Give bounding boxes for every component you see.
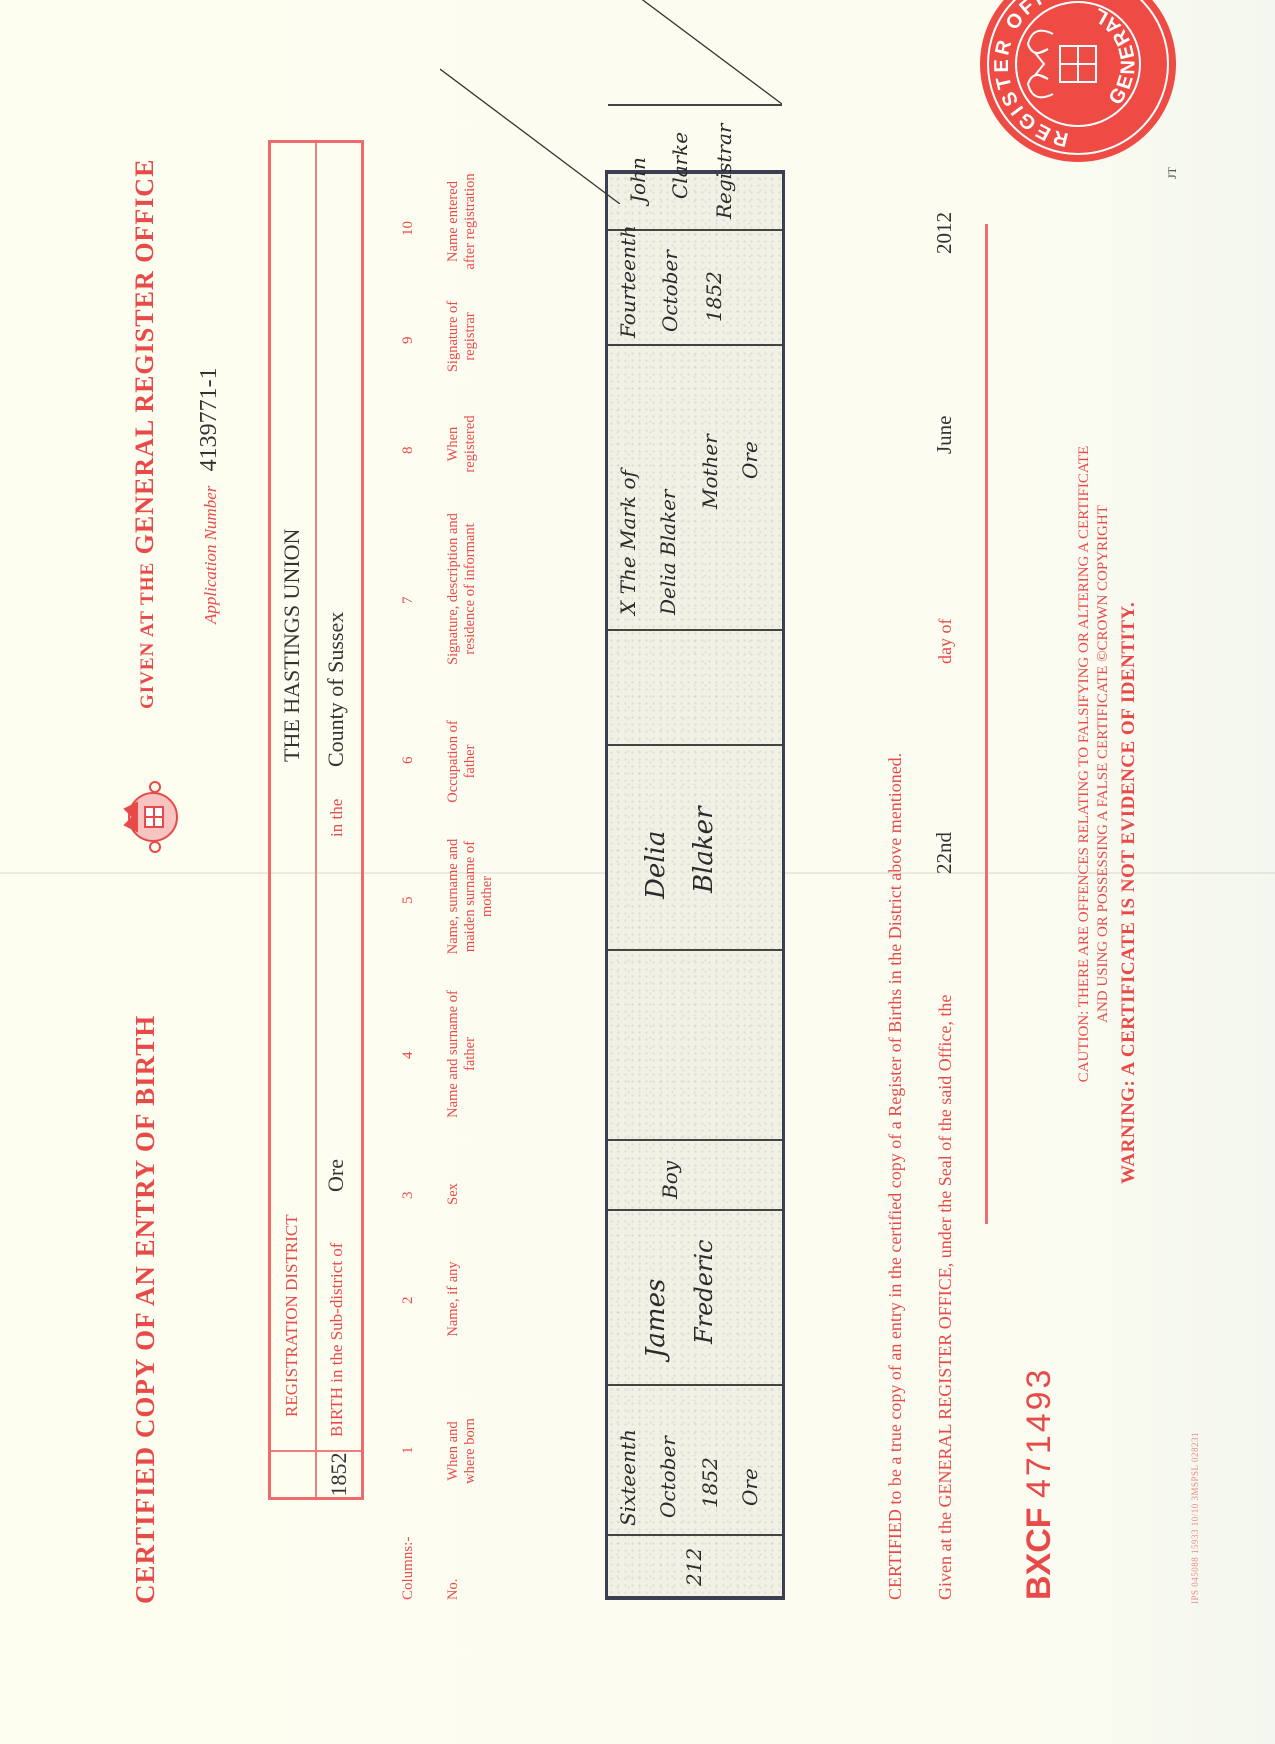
day-of-label: day of [935, 619, 956, 664]
cell-mother: Delia Blaker [608, 744, 782, 949]
cell-informant: X The Mark of Delia Blaker Mother Ore [608, 344, 782, 629]
informant-residence: Ore [734, 441, 766, 479]
cell-sex: Boy [608, 1139, 782, 1209]
cell-when-registered: Fourteenth October 1852 [608, 229, 782, 344]
certified-statement: CERTIFIED to be a true copy of an entry … [885, 753, 906, 1600]
column-header-when-registered: When registered [445, 399, 479, 489]
birth-subdistrict-label: BIRTH in the Sub-district of [327, 1243, 347, 1437]
certificate-month: June [932, 416, 957, 455]
initials: JT [1165, 167, 1180, 179]
mother-first-name: Delia [640, 831, 672, 899]
given-at-the-label: GIVEN AT THE [137, 562, 158, 709]
column-number-8: 8 [400, 447, 417, 455]
certificate-day: 22nd [932, 832, 957, 874]
registrar-title: Registrar [708, 124, 740, 219]
registration-year: 1852 [315, 1452, 363, 1497]
cell-name: James Frederic [608, 1209, 782, 1384]
general-register-office-label: GENERAL REGISTER OFFICE [130, 159, 159, 555]
caution-notice: CAUTION: THERE ARE OFFENCES RELATING TO … [1075, 384, 1113, 1144]
certificate-year: 2012 [932, 212, 957, 254]
born-day: Sixteenth [612, 1429, 644, 1526]
registrar-surname: Clarke [664, 132, 696, 199]
child-middle-name: Frederic [688, 1240, 720, 1344]
serial-prefix: BXCF [1020, 1507, 1058, 1600]
column-number-2: 2 [400, 1297, 417, 1305]
column-header-mother: Name, surname and maiden surname of moth… [445, 824, 496, 969]
cell-entry-no: 212 [608, 1534, 782, 1596]
column-header-no: No. [445, 1560, 462, 1600]
entry-number: 212 [678, 1548, 710, 1586]
caution-line-2: AND USING OR POSSESSING A FALSE CERTIFIC… [1094, 384, 1113, 1144]
columns-label: Columns:- [400, 1537, 417, 1600]
column-header-sex: Sex [445, 1164, 462, 1224]
cell-name-after-registration [608, 0, 782, 104]
born-place: Ore [734, 1468, 766, 1506]
child-first-name: James [640, 1279, 672, 1358]
registered-day: Fourteenth [612, 225, 644, 338]
general-register-office-seal-icon: REGISTER OFFICE ✕ ENGLAND GENERAL [978, 0, 1178, 164]
informant-description: Mother [694, 434, 726, 509]
column-header-occupation: Occupation of father [445, 719, 479, 804]
registration-district-box: REGISTRATION DISTRICT THE HASTINGS UNION… [268, 140, 364, 1500]
cell-when-where-born: Sixteenth October 1852 Ore [608, 1384, 782, 1534]
column-header-registrar: Signature of registrar [445, 289, 479, 384]
serial-number: 471493 [1020, 1367, 1058, 1498]
column-number-4: 4 [400, 1052, 417, 1060]
column-header-informant: Signature, description and residence of … [445, 499, 479, 679]
application-number-value: 4139771-1 [196, 367, 222, 471]
royal-crest-icon [115, 779, 185, 859]
county-name: County of Sussex [323, 612, 349, 767]
registrar-first-name: John [622, 157, 654, 203]
cell-occupation [608, 629, 782, 744]
informant-mark: X The Mark of [612, 470, 644, 615]
column-header-name: Name, if any [445, 1249, 462, 1349]
column-number-6: 6 [400, 757, 417, 765]
column-number-9: 9 [400, 337, 417, 345]
print-code: IPS 045088 15933 10/10 3MSPSL 028231 [1190, 1432, 1200, 1604]
strike-through-line [608, 0, 782, 104]
column-header-father: Name and surname of father [445, 984, 479, 1124]
subdistrict-name: Ore [323, 1159, 349, 1192]
issuing-office-title: GIVEN AT THE GENERAL REGISTER OFFICE [130, 159, 160, 709]
cell-father [608, 949, 782, 1139]
caution-line-1: CAUTION: THERE ARE OFFENCES RELATING TO … [1075, 384, 1094, 1144]
registration-district-label: REGISTRATION DISTRICT [282, 1214, 302, 1417]
signature-line [985, 224, 988, 1224]
certificate-serial: BXCF 471493 [1020, 1367, 1059, 1600]
identity-warning: WARNING: A CERTIFICATE IS NOT EVIDENCE O… [1118, 602, 1140, 1184]
column-number-10: 10 [400, 221, 417, 236]
column-number-7: 7 [400, 597, 417, 605]
mother-surname: Blaker [688, 807, 720, 894]
application-number: Application Number 4139771-1 [196, 367, 223, 624]
register-entry-table: 212 Sixteenth October 1852 Ore James Fre… [605, 170, 785, 1600]
born-month: October [652, 1436, 684, 1518]
child-sex: Boy [654, 1161, 686, 1199]
cell-registrar: John Clarke Registrar [608, 104, 782, 229]
district-name: THE HASTINGS UNION [279, 529, 305, 762]
column-number-1: 1 [400, 1447, 417, 1455]
column-header-when-where-born: When and where born [445, 1406, 479, 1496]
column-number-3: 3 [400, 1192, 417, 1200]
born-year: 1852 [694, 1457, 726, 1508]
certificate-title: CERTIFIED COPY OF AN ENTRY OF BIRTH [130, 1015, 161, 1604]
registered-year: 1852 [698, 271, 730, 322]
informant-name: Delia Blaker [652, 490, 684, 615]
in-the-label: in the [327, 799, 347, 837]
birth-certificate: CERTIFIED COPY OF AN ENTRY OF BIRTH GIVE… [0, 0, 1275, 1744]
given-at-statement: Given at the GENERAL REGISTER OFFICE, un… [935, 995, 956, 1600]
column-number-5: 5 [400, 897, 417, 905]
application-number-label: Application Number [201, 486, 220, 624]
strike-line-extension [440, 64, 620, 204]
registered-month: October [654, 250, 686, 332]
